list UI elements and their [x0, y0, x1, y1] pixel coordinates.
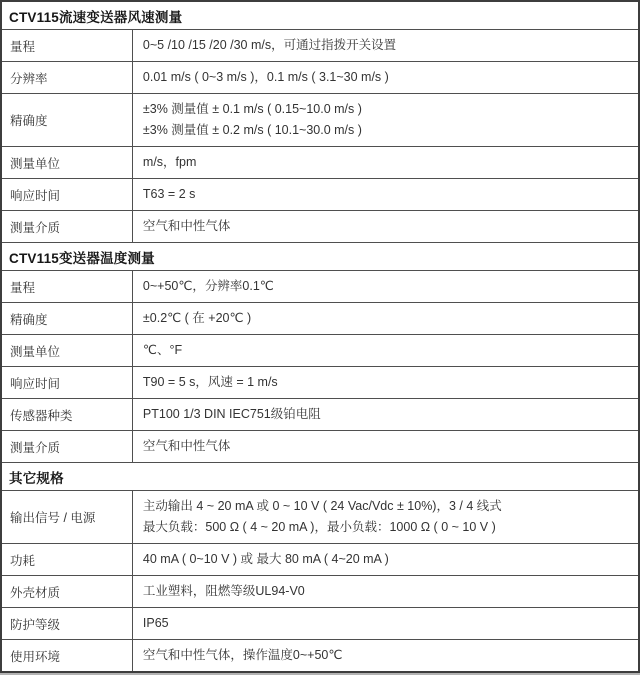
spec-value-line: ±3% 测量值 ± 0.2 m/s ( 10.1~30.0 m/s ) — [143, 120, 638, 141]
spec-row: 防护等级IP65 — [1, 608, 639, 640]
spec-value: 空气和中性气体 — [132, 431, 639, 463]
spec-value-line: 40 mA ( 0~10 V ) 或 最大 80 mA ( 4~20 mA ) — [143, 549, 638, 570]
spec-table-body: CTV115流速变送器风速测量量程0~5 /10 /15 /20 /30 m/s… — [1, 1, 639, 672]
spec-label: 传感器种类 — [1, 399, 132, 431]
spec-label: 量程 — [1, 30, 132, 62]
spec-value-line: 工业塑料，阻燃等级UL94-V0 — [143, 581, 638, 602]
section-title: CTV115变送器温度测量 — [1, 243, 639, 271]
spec-value: m/s，fpm — [132, 147, 639, 179]
spec-value-line: PT100 1/3 DIN IEC751级铂电阻 — [143, 404, 638, 425]
spec-label: 外壳材质 — [1, 576, 132, 608]
spec-value-line: ±3% 测量值 ± 0.1 m/s ( 0.15~10.0 m/s ) — [143, 99, 638, 120]
spec-value-line: ℃、°F — [143, 340, 638, 361]
spec-value: 主动输出 4 ~ 20 mA 或 0 ~ 10 V ( 24 Vac/Vdc ±… — [132, 491, 639, 544]
section-title: CTV115流速变送器风速测量 — [1, 1, 639, 30]
spec-value: T90 = 5 s，风速 = 1 m/s — [132, 367, 639, 399]
spec-label: 测量单位 — [1, 335, 132, 367]
spec-value: T63 = 2 s — [132, 179, 639, 211]
spec-value-line: IP65 — [143, 613, 638, 634]
spec-value: ±0.2℃ ( 在 +20℃ ) — [132, 303, 639, 335]
spec-value-line: ±0.2℃ ( 在 +20℃ ) — [143, 308, 638, 329]
spec-value-line: 最大负载：500 Ω ( 4 ~ 20 mA )，最小负载：1000 Ω ( 0… — [143, 517, 638, 538]
spec-row: 输出信号 / 电源主动输出 4 ~ 20 mA 或 0 ~ 10 V ( 24 … — [1, 491, 639, 544]
spec-row: 响应时间T90 = 5 s，风速 = 1 m/s — [1, 367, 639, 399]
spec-value: 0.01 m/s ( 0~3 m/s )，0.1 m/s ( 3.1~30 m/… — [132, 62, 639, 94]
spec-label: 分辨率 — [1, 62, 132, 94]
spec-value: 0~+50℃，分辨率0.1℃ — [132, 271, 639, 303]
spec-value: ℃、°F — [132, 335, 639, 367]
spec-row: 测量介质空气和中性气体 — [1, 211, 639, 243]
spec-row: 使用环境空气和中性气体，操作温度0~+50℃ — [1, 640, 639, 673]
spec-row: 量程0~5 /10 /15 /20 /30 m/s，可通过指拨开关设置 — [1, 30, 639, 62]
spec-value-line: 空气和中性气体 — [143, 216, 638, 237]
spec-row: 传感器种类PT100 1/3 DIN IEC751级铂电阻 — [1, 399, 639, 431]
spec-row: 测量单位m/s，fpm — [1, 147, 639, 179]
spec-label: 量程 — [1, 271, 132, 303]
spec-value: IP65 — [132, 608, 639, 640]
spec-row: 响应时间T63 = 2 s — [1, 179, 639, 211]
spec-table: CTV115流速变送器风速测量量程0~5 /10 /15 /20 /30 m/s… — [0, 0, 640, 673]
spec-value-line: 0.01 m/s ( 0~3 m/s )，0.1 m/s ( 3.1~30 m/… — [143, 67, 638, 88]
spec-label: 精确度 — [1, 303, 132, 335]
section-header-row: 其它规格 — [1, 463, 639, 491]
spec-row: 测量单位℃、°F — [1, 335, 639, 367]
spec-value-line: 空气和中性气体 — [143, 436, 638, 457]
section-header-row: CTV115变送器温度测量 — [1, 243, 639, 271]
spec-value-line: 主动输出 4 ~ 20 mA 或 0 ~ 10 V ( 24 Vac/Vdc ±… — [143, 496, 638, 517]
spec-value-line: T63 = 2 s — [143, 184, 638, 205]
spec-value: 空气和中性气体 — [132, 211, 639, 243]
spec-row: 精确度±0.2℃ ( 在 +20℃ ) — [1, 303, 639, 335]
spec-row: 功耗40 mA ( 0~10 V ) 或 最大 80 mA ( 4~20 mA … — [1, 544, 639, 576]
spec-value-line: m/s，fpm — [143, 152, 638, 173]
spec-label: 响应时间 — [1, 367, 132, 399]
spec-value: 40 mA ( 0~10 V ) 或 最大 80 mA ( 4~20 mA ) — [132, 544, 639, 576]
spec-row: 量程0~+50℃，分辨率0.1℃ — [1, 271, 639, 303]
section-header-row: CTV115流速变送器风速测量 — [1, 1, 639, 30]
spec-label: 功耗 — [1, 544, 132, 576]
spec-label: 防护等级 — [1, 608, 132, 640]
spec-value-line: 0~5 /10 /15 /20 /30 m/s，可通过指拨开关设置 — [143, 35, 638, 56]
spec-value: 空气和中性气体，操作温度0~+50℃ — [132, 640, 639, 673]
spec-label: 测量单位 — [1, 147, 132, 179]
spec-value-line: 0~+50℃，分辨率0.1℃ — [143, 276, 638, 297]
section-title: 其它规格 — [1, 463, 639, 491]
spec-value: ±3% 测量值 ± 0.1 m/s ( 0.15~10.0 m/s )±3% 测… — [132, 94, 639, 147]
spec-value-line: T90 = 5 s，风速 = 1 m/s — [143, 372, 638, 393]
spec-label: 测量介质 — [1, 431, 132, 463]
spec-row: 测量介质空气和中性气体 — [1, 431, 639, 463]
spec-label: 测量介质 — [1, 211, 132, 243]
spec-label: 使用环境 — [1, 640, 132, 673]
spec-value: 工业塑料，阻燃等级UL94-V0 — [132, 576, 639, 608]
spec-row: 分辨率0.01 m/s ( 0~3 m/s )，0.1 m/s ( 3.1~30… — [1, 62, 639, 94]
spec-label: 输出信号 / 电源 — [1, 491, 132, 544]
spec-label: 响应时间 — [1, 179, 132, 211]
spec-label: 精确度 — [1, 94, 132, 147]
spec-row: 精确度±3% 测量值 ± 0.1 m/s ( 0.15~10.0 m/s )±3… — [1, 94, 639, 147]
spec-row: 外壳材质工业塑料，阻燃等级UL94-V0 — [1, 576, 639, 608]
spec-value: PT100 1/3 DIN IEC751级铂电阻 — [132, 399, 639, 431]
spec-value-line: 空气和中性气体，操作温度0~+50℃ — [143, 645, 638, 666]
spec-value: 0~5 /10 /15 /20 /30 m/s，可通过指拨开关设置 — [132, 30, 639, 62]
